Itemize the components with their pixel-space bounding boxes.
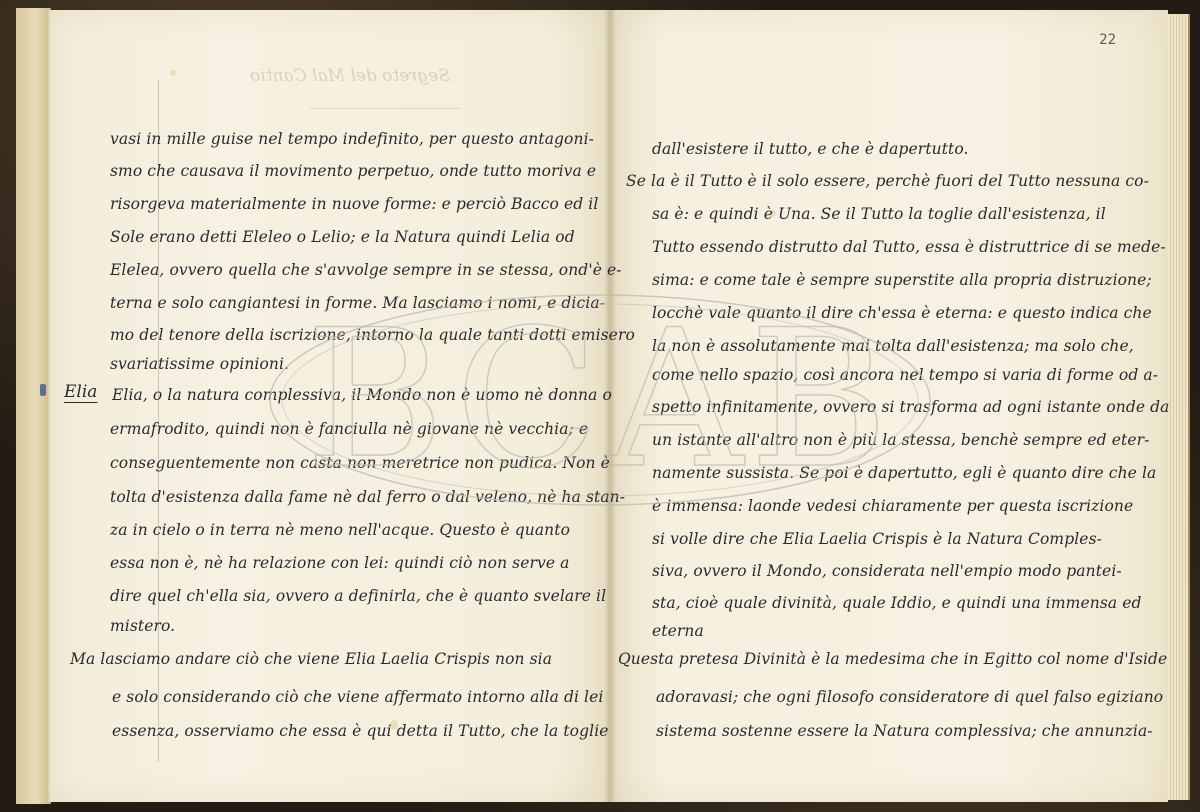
right-line-14: siva, ovvero il Mondo, considerata nell'…	[652, 562, 1122, 580]
left-line-11: conseguentemente non casta non meretrice…	[110, 454, 610, 472]
ghost-header-bleedthrough: Segreto del Mal Cantio	[250, 66, 450, 86]
right-line-16: eterna	[652, 622, 704, 640]
right-line-7: la non è assolutamente mai tolta dall'es…	[652, 337, 1134, 355]
left-line-10: ermafrodito, quindi non è fanciulla nè g…	[110, 420, 588, 438]
right-line-15: sta, cioè quale divinità, quale Iddio, e…	[652, 594, 1142, 612]
ghost-header-rule	[310, 108, 460, 109]
right-line-18: adoravasi; che ogni filosofo considerato…	[656, 688, 1163, 706]
left-line-16: mistero.	[110, 617, 175, 635]
left-line-1: vasi in mille guise nel tempo indefinito…	[110, 130, 594, 148]
right-line-6: locchè vale quanto il dire ch'essa è ete…	[652, 304, 1152, 322]
left-line-7: mo del tenore della iscrizione, intorno …	[110, 326, 635, 344]
left-line-18: e solo considerando ciò che viene afferm…	[112, 688, 603, 706]
left-line-19: essenza, osserviamo che essa è qui detta…	[112, 722, 609, 740]
left-line-8: svariatissime opinioni.	[110, 355, 289, 373]
left-line-12: tolta d'esistenza dalla fame nè dal ferr…	[110, 488, 625, 506]
left-line-15: dire quel ch'ella sia, ovvero a definirl…	[110, 587, 606, 605]
paper-stain	[170, 70, 176, 76]
blue-margin-mark	[40, 384, 46, 396]
right-line-3: sa è: e quindi è Una. Se il Tutto la tog…	[652, 205, 1106, 223]
right-line-17: Questa pretesa Divinità è la medesima ch…	[618, 650, 1167, 668]
left-page: Segreto del Mal Cantio	[48, 10, 612, 802]
right-line-11: namente sussista. Se poi è dapertutto, e…	[652, 464, 1156, 482]
book-gutter	[604, 10, 616, 802]
left-line-6: terna e solo cangiantesi in forme. Ma la…	[110, 294, 605, 312]
page-number: 22	[1099, 32, 1116, 48]
right-line-5: sima: e come tale è sempre superstite al…	[652, 271, 1152, 289]
left-line-17: Ma lasciamo andare ciò che viene Elia La…	[70, 650, 552, 668]
left-line-13: za in cielo o in terra nè meno nell'acqu…	[110, 521, 570, 539]
left-line-9: Elia, o la natura complessiva, il Mondo …	[112, 386, 612, 404]
left-line-3: risorgeva materialmente in nuove forme: …	[110, 195, 598, 213]
right-line-13: si volle dire che Elia Laelia Crispis è …	[652, 530, 1102, 548]
cover-edge-left	[16, 8, 51, 804]
right-line-10: un istante all'altro non è più la stessa…	[652, 431, 1149, 449]
page-edges-right	[1168, 14, 1190, 800]
left-line-14: essa non è, nè ha relazione con lei: qui…	[110, 554, 570, 572]
right-line-12: è immensa: laonde vedesi chiaramente per…	[652, 497, 1133, 515]
margin-note-elia: Elia	[64, 382, 97, 402]
right-line-4: Tutto essendo distrutto dal Tutto, essa …	[652, 238, 1166, 256]
right-line-2: Se la è il Tutto è il solo essere, perch…	[626, 172, 1149, 190]
book-scan: Segreto del Mal Cantio 22 vasi in mille …	[0, 0, 1200, 812]
left-line-5: Elelea, ovvero quella che s'avvolge semp…	[110, 261, 622, 279]
right-line-19: sistema sostenne essere la Natura comple…	[656, 722, 1153, 740]
left-line-2: smo che causava il movimento perpetuo, o…	[110, 162, 596, 180]
right-line-8: come nello spazio, così ancora nel tempo…	[652, 366, 1158, 384]
right-line-1: dall'esistere il tutto, e che è dapertut…	[652, 140, 969, 158]
right-line-9: spetto infinitamente, ovvero si trasform…	[652, 398, 1170, 416]
left-line-4: Sole erano detti Eleleo o Lelio; e la Na…	[110, 228, 575, 246]
